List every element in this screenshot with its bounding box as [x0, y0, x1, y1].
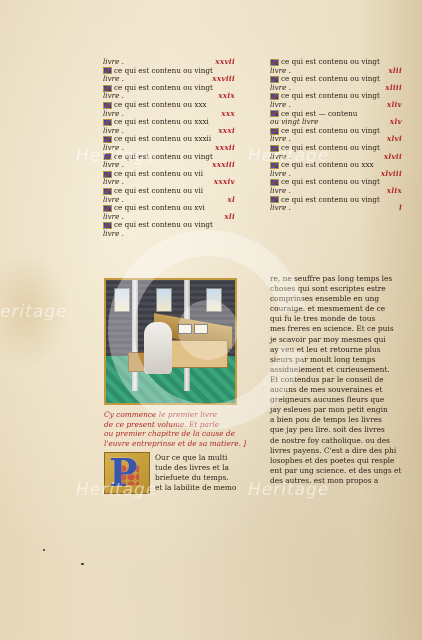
toc-entry-text: ce qui est contenu ou xxxii [114, 135, 211, 144]
toc-entry: ce qui est contenu ou vingtlivre .xlix [270, 178, 402, 195]
toc-entry-text: ce qui est contenu ou vingt [114, 67, 213, 76]
blue-initial-icon [103, 171, 112, 178]
toc-entry-text: ce qui est contenu ou xvi [114, 204, 205, 213]
toc-entry-text: ce qui est contenu ou vingt [281, 75, 380, 84]
manuscript-page: livre .xxviice qui est contenu ou vingtl… [0, 0, 422, 640]
text-line: a bien pou de temps les livres [270, 415, 405, 425]
watermark-logo-dot [178, 300, 238, 360]
text-line: briefuete du temps. [155, 473, 245, 483]
toc-entry-text: ce qui est contenu ou vingt [281, 127, 380, 136]
chapter-number: xli [224, 213, 235, 222]
blue-initial-icon [270, 110, 279, 117]
chapter-number: xxxii [215, 144, 235, 153]
blue-initial-icon [270, 76, 279, 83]
text-line: qui fu le tres monde de tous [270, 314, 405, 324]
toc-entry-text: ce qui est contenu ou vingt [281, 196, 380, 205]
chapter-number: l [399, 204, 402, 213]
toc-entry-text: ce qui est contenu ou vingt [114, 84, 213, 93]
toc-entry-tail: livre . [270, 204, 291, 213]
text-line: tude des livres et la [155, 463, 245, 473]
toc-entry-text: ce qui est contenu ou xxxi [114, 118, 209, 127]
blue-initial-icon [103, 205, 112, 212]
blue-initial-icon [103, 102, 112, 109]
text-line: livres payens. C'est a dire des phi [270, 446, 405, 456]
chapter-number: xxxiii [212, 161, 235, 170]
chapter-number: xlvi [387, 135, 402, 144]
toc-entry: ce qui est contenu ou vingtlivre .xlvi [270, 127, 402, 144]
toc-entry: ce qui est contenu ou xvilivre .xli [103, 204, 235, 221]
blue-initial-icon [270, 59, 279, 66]
toc-entry: ce qui est contenu ou viilivre .xxxiv [103, 170, 235, 187]
text-line: losophes et des poetes qui resple [270, 456, 405, 466]
toc-entry: ce qui est contenu ou xxxilivre .xxxi [103, 118, 235, 135]
watermark-text: Heritage [248, 146, 329, 166]
text-line: ent par ung science. et des ungs et [270, 466, 405, 476]
watermark-text: eritage [0, 302, 68, 322]
text-line: Our ce que la multi [155, 453, 245, 463]
rubric-line: ou premier chapitre de la cause de [104, 429, 242, 439]
toc-entry-text: ce qui est contenu ou vingt [281, 92, 380, 101]
chapter-number: xxxi [218, 127, 235, 136]
text-line: greigneurs aucunes fleurs que [270, 395, 405, 405]
toc-entry: ce qui est contenu ou vingtlivre .xliv [270, 92, 402, 109]
chapter-number: xlvii [384, 153, 402, 162]
blue-initial-icon [103, 136, 112, 143]
left-body-text: Our ce que la multi tude des livres et l… [155, 453, 245, 493]
blue-initial-icon [103, 188, 112, 195]
text-line: que jay peu lire. soit des livres [270, 425, 405, 435]
toc-entry: ce qui est contenu ou vingtlivre .xlii [270, 58, 402, 75]
chapter-number: xlviii [381, 170, 402, 179]
blue-initial-icon [103, 85, 112, 92]
blue-initial-icon [270, 128, 279, 135]
toc-entry-text: ce qui est contenu ou vii [114, 170, 203, 179]
blue-initial-icon [270, 196, 279, 203]
toc-entry-text: ce qui est contenu ou xxx [114, 101, 207, 110]
toc-entry-text: ce qui est contenu ou vingt [114, 221, 213, 230]
chapter-number: xxx [221, 110, 235, 119]
toc-entry: ce qui est — contenuou vingt livrexlv [270, 110, 402, 127]
chapter-number: xlix [387, 187, 402, 196]
watermark-text: Heritage [76, 480, 157, 500]
toc-right-column: ce qui est contenu ou vingtlivre .xliice… [270, 58, 402, 213]
chapter-number: xxxiv [214, 178, 235, 187]
blue-initial-icon [103, 67, 112, 74]
text-line: je scavoir par moy mesmes qui [270, 335, 405, 345]
blue-initial-icon [103, 119, 112, 126]
chapter-number: xlv [390, 118, 402, 127]
toc-entry: ce qui est contenu ou vingtlivre .xxviii [103, 67, 235, 84]
chapter-number: xxvii [215, 58, 235, 67]
blue-initial-icon [270, 179, 279, 186]
toc-entry: ce qui est contenu ou xxxlivre .xxx [103, 101, 235, 118]
toc-entry: ce qui est contenu ou vingtlivre .xxix [103, 84, 235, 101]
toc-entry: ce qui est contenu ou vingtlivre .l [270, 196, 402, 213]
toc-entry: ce qui est contenu ou viilivre .xl [103, 187, 235, 204]
blue-initial-icon [103, 222, 112, 229]
watermark-text: Heritage [76, 146, 157, 166]
watermark-text: Heritage [248, 480, 329, 500]
toc-entry-tail: livre . [103, 230, 124, 239]
rubric-line: l'euvre entreprinse et de sa matiere. ] [104, 439, 242, 449]
ink-speck [43, 549, 45, 551]
text-line: mes freres en science. Et ce puis [270, 324, 405, 334]
text-line: de nostre foy catholique. ou des [270, 436, 405, 446]
chapter-number: xl [227, 196, 235, 205]
chapter-number: xliv [387, 101, 402, 110]
chapter-number: xliii [385, 84, 402, 93]
toc-entry: ce qui est contenu ou vingtlivre .xliii [270, 75, 402, 92]
chapter-number: xxix [218, 92, 235, 101]
toc-entry-text: ce qui est contenu ou vingt [281, 58, 380, 67]
chapter-number: xxviii [212, 75, 235, 84]
chapter-number: xlii [388, 67, 402, 76]
toc-entry-text: ce qui est contenu ou vingt [281, 178, 380, 187]
text-line: et la labilite de memo [155, 483, 245, 493]
toc-entry-text: ce qui est contenu ou vii [114, 187, 203, 196]
text-line: jay esleues par mon petit engin [270, 405, 405, 415]
ink-speck [81, 563, 84, 565]
blue-initial-icon [270, 93, 279, 100]
